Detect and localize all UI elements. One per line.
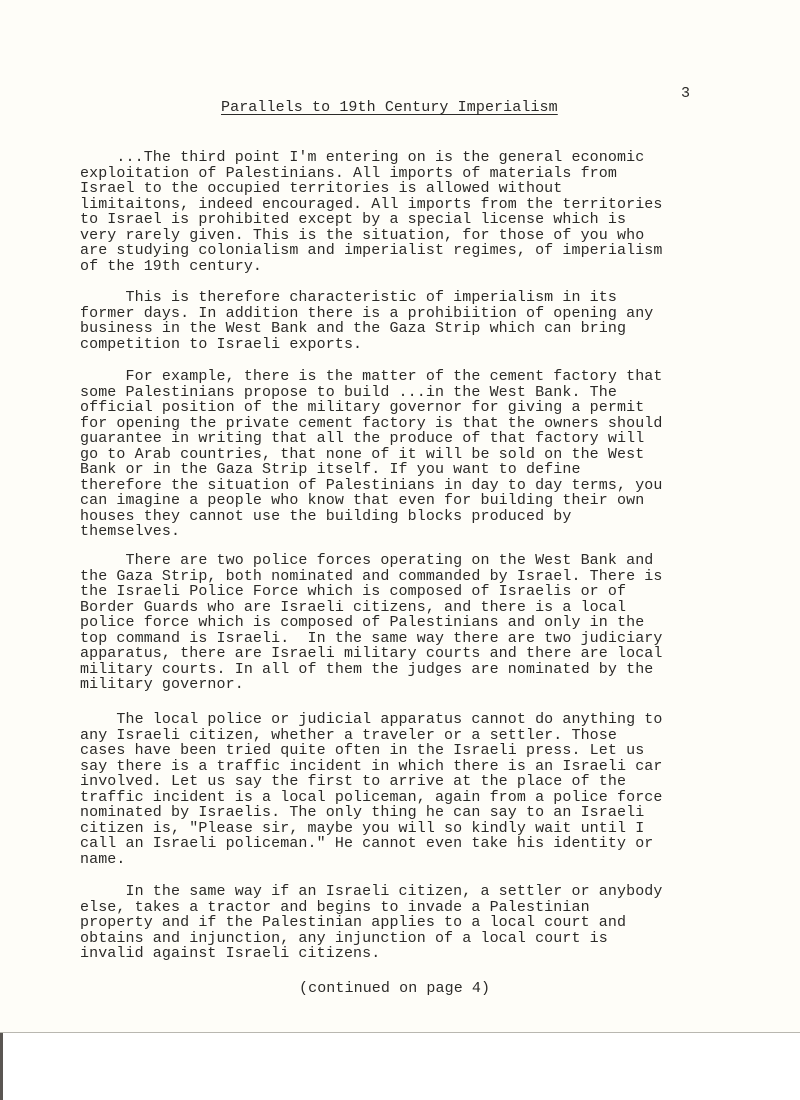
text-line: cases have been tried quite often in the…: [80, 743, 720, 759]
text-line: In the same way if an Israeli citizen, a…: [80, 884, 720, 900]
paragraph-local-police: The local police or judicial apparatus c…: [80, 712, 720, 867]
text-line: property and if the Palestinian applies …: [80, 915, 720, 931]
text-line: apparatus, there are Israeli military co…: [80, 646, 720, 662]
text-line: citizen is, "Please sir, maybe you will …: [80, 821, 720, 837]
text-line: the Israeli Police Force which is compos…: [80, 584, 720, 600]
text-line: ...The third point I'm entering on is th…: [80, 150, 720, 166]
text-line: else, takes a tractor and begins to inva…: [80, 900, 720, 916]
text-line: official position of the military govern…: [80, 400, 720, 416]
paragraph-economic-exploitation: ...The third point I'm entering on is th…: [80, 150, 720, 274]
text-line: competition to Israeli exports.: [80, 337, 720, 353]
text-line: any Israeli citizen, whether a traveler …: [80, 728, 720, 744]
text-line: traffic incident is a local policeman, a…: [80, 790, 720, 806]
text-line: themselves.: [80, 524, 720, 540]
text-line: police force which is composed of Palest…: [80, 615, 720, 631]
text-line: to Israel is prohibited except by a spec…: [80, 212, 720, 228]
paragraph-police-forces: There are two police forces operating on…: [80, 553, 720, 693]
document-title: Parallels to 19th Century Imperialism: [221, 100, 558, 116]
text-line: Israel to the occupied territories is al…: [80, 181, 720, 197]
page-number: 3: [681, 86, 690, 102]
text-line: go to Arab countries, that none of it wi…: [80, 447, 720, 463]
text-line: therefore the situation of Palestinians …: [80, 478, 720, 494]
paragraph-cement-factory: For example, there is the matter of the …: [80, 369, 720, 540]
text-line: top command is Israeli. In the same way …: [80, 631, 720, 647]
text-line: Bank or in the Gaza Strip itself. If you…: [80, 462, 720, 478]
paragraph-imperialism-characteristic: This is therefore characteristic of impe…: [80, 290, 720, 352]
text-line: former days. In addition there is a proh…: [80, 306, 720, 322]
text-line: military governor.: [80, 677, 720, 693]
text-line: The local police or judicial apparatus c…: [80, 712, 720, 728]
text-line: nominated by Israelis. The only thing he…: [80, 805, 720, 821]
text-line: obtains and injunction, any injunction o…: [80, 931, 720, 947]
text-line: guarantee in writing that all the produc…: [80, 431, 720, 447]
text-line: There are two police forces operating on…: [80, 553, 720, 569]
text-line: some Palestinians propose to build ...in…: [80, 385, 720, 401]
text-line: of the 19th century.: [80, 259, 720, 275]
text-line: for opening the private cement factory i…: [80, 416, 720, 432]
text-line: very rarely given. This is the situation…: [80, 228, 720, 244]
text-line: For example, there is the matter of the …: [80, 369, 720, 385]
text-line: Border Guards who are Israeli citizens, …: [80, 600, 720, 616]
text-line: call an Israeli policeman." He cannot ev…: [80, 836, 720, 852]
text-line: limitaitons, indeed encouraged. All impo…: [80, 197, 720, 213]
text-line: are studying colonialism and imperialist…: [80, 243, 720, 259]
scan-edge: [0, 1033, 3, 1100]
text-line: military courts. In all of them the judg…: [80, 662, 720, 678]
text-line: exploitation of Palestinians. All import…: [80, 166, 720, 182]
text-line: say there is a traffic incident in which…: [80, 759, 720, 775]
text-line: involved. Let us say the first to arrive…: [80, 774, 720, 790]
continued-note: (continued on page 4): [299, 981, 490, 997]
text-line: business in the West Bank and the Gaza S…: [80, 321, 720, 337]
text-line: invalid against Israeli citizens.: [80, 946, 720, 962]
text-line: name.: [80, 852, 720, 868]
text-line: the Gaza Strip, both nominated and comma…: [80, 569, 720, 585]
paragraph-injunction: In the same way if an Israeli citizen, a…: [80, 884, 720, 962]
text-line: This is therefore characteristic of impe…: [80, 290, 720, 306]
text-line: can imagine a people who know that even …: [80, 493, 720, 509]
text-line: houses they cannot use the building bloc…: [80, 509, 720, 525]
scanned-page: 3 Parallels to 19th Century Imperialism …: [0, 0, 800, 1033]
